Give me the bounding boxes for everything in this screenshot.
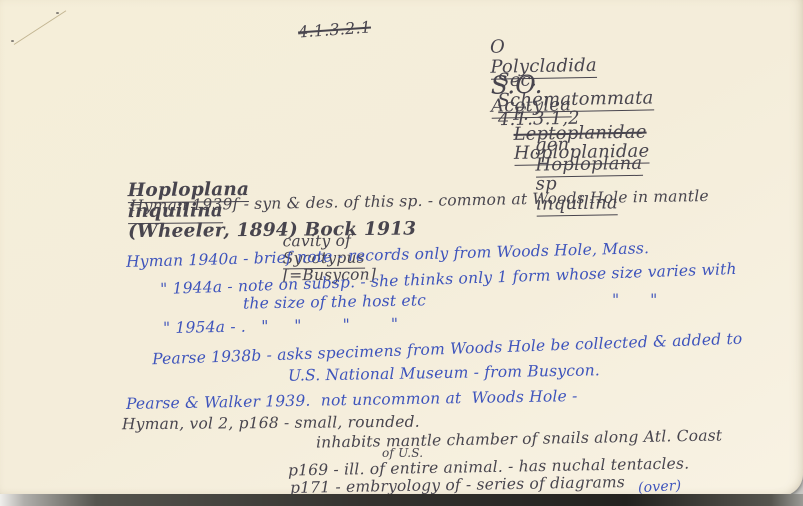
ditto-marks: " " [612, 292, 657, 309]
genus-prefix: gen. [535, 134, 576, 156]
index-card-paper: 4.1.3.2.1 O Polycladida S.O. Acotylea Se… [0, 0, 803, 496]
entry-pearse-1938b-line2: U.S. National Museum - from Busycon. [288, 362, 600, 384]
pencil-speck [11, 40, 14, 42]
entry-pearse-walker-1939: Pearse & Walker 1939. not uncommon at Wo… [126, 388, 578, 413]
insertion-of-us: of U.S. [382, 447, 423, 460]
entry-pearse-1938b-line1: Pearse 1938b - asks specimens from Woods… [152, 331, 743, 369]
taxonomy-code-struck: 4.1.3.2.1 [297, 18, 371, 41]
taxonomy-genus-line: gen. Hoploplana sp inquilina [499, 114, 651, 235]
scanned-index-card: 4.1.3.2.1 O Polycladida S.O. Acotylea Se… [0, 0, 803, 506]
entry-hyman-1954a: " 1954a - . " " " " [163, 316, 399, 337]
scan-background-edge [0, 494, 803, 506]
pencil-speck [56, 12, 59, 14]
pencil-crease-mark [14, 10, 67, 45]
entry-hyman-vol2-line1: Hyman, vol 2, p168 - small, rounded. [122, 414, 420, 434]
entry-hyman-1944a-line2: the size of the host etc [243, 292, 426, 312]
